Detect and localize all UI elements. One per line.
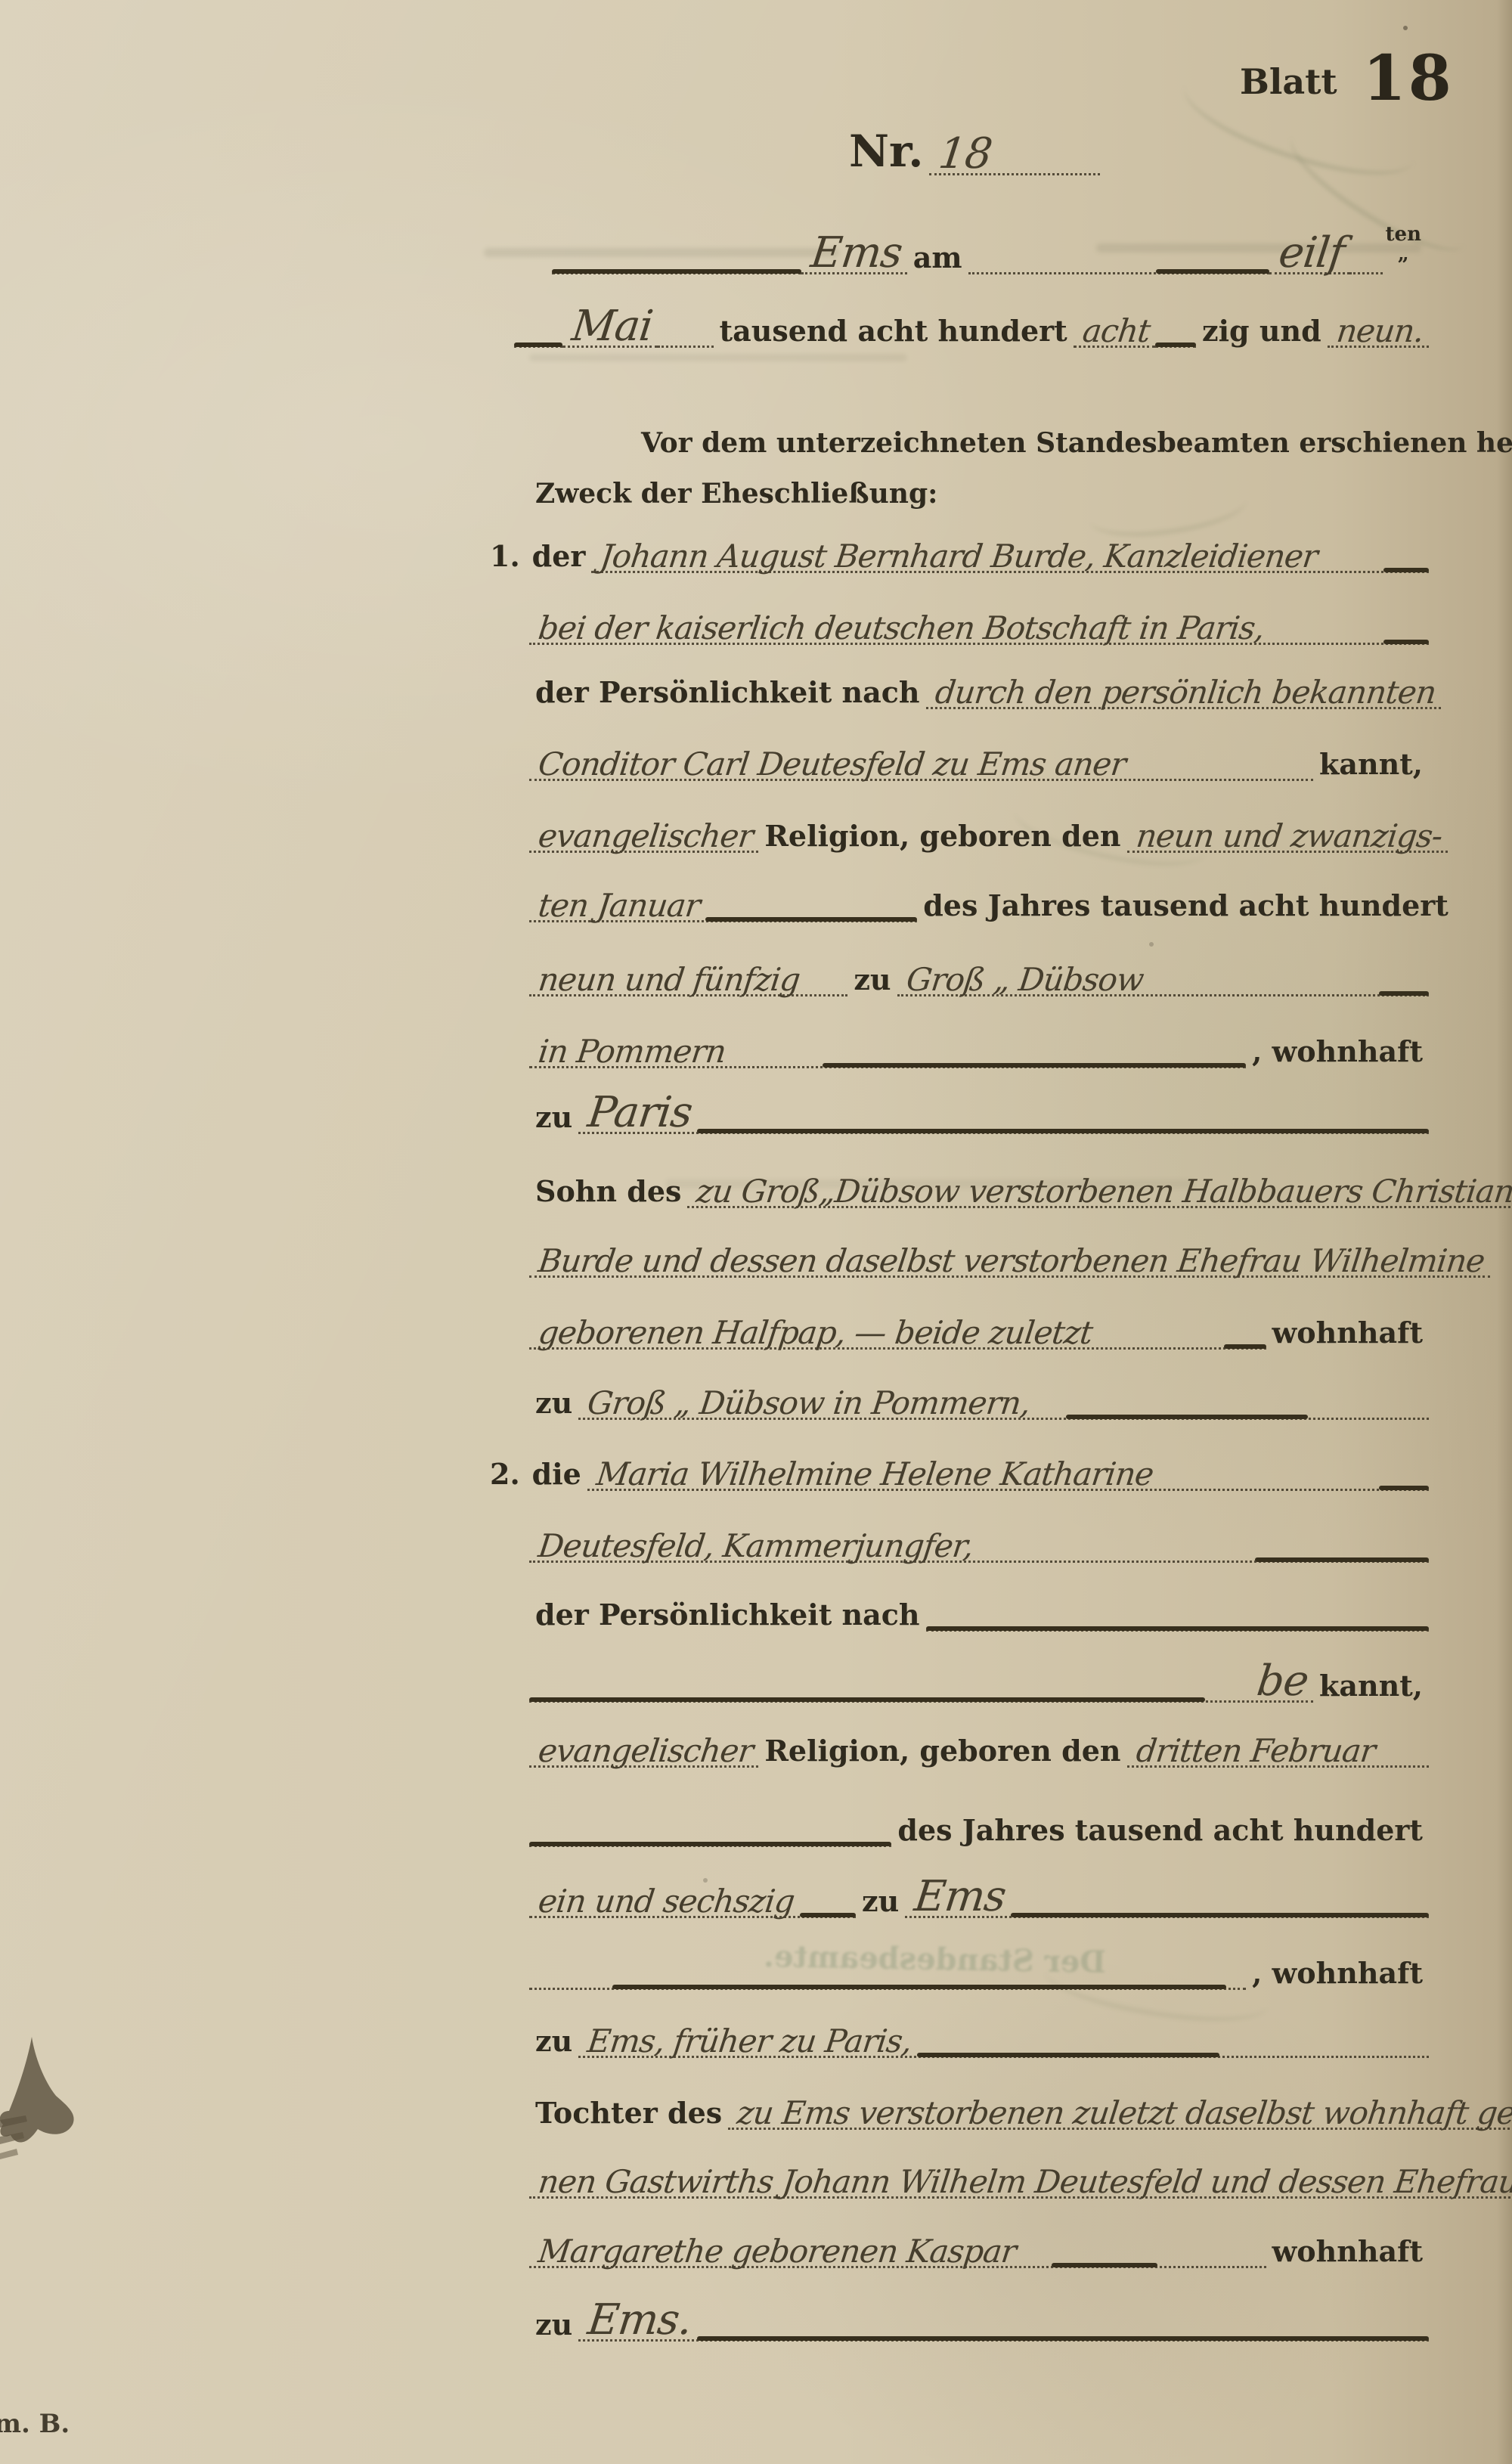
fill-line: Maria Wilhelmine Helene Katharine	[587, 1461, 1429, 1491]
handwritten-birth-place: Groß „ Dübsow	[897, 966, 1152, 994]
rule-line	[805, 993, 847, 994]
ink-stroke	[552, 269, 801, 274]
fill-line: Ems, früher zu Paris,	[578, 2028, 1429, 2058]
ink-stroke	[1011, 1913, 1429, 1917]
rule-line	[997, 172, 1100, 173]
handwritten-groom-name: Johann August Bernhard Burde, Kanzleidie…	[591, 543, 1326, 571]
fill-line	[529, 1842, 891, 1847]
printed-kannt-label: kannt,	[1313, 750, 1429, 781]
printed-zu-label: zu	[856, 1887, 905, 1918]
rule-line	[1036, 1417, 1066, 1418]
sheet-label: Blatt	[1240, 61, 1363, 110]
fill-line: geborenen Halfpap, — beide zuletzt	[529, 1319, 1266, 1350]
handwritten-religion: evangelischer	[529, 823, 762, 851]
fill-line	[529, 1985, 1246, 1990]
handwritten-decade: acht	[1074, 318, 1159, 346]
fill-line: Ems	[801, 235, 907, 274]
fill-line: evangelischer	[529, 823, 758, 853]
form-line-bride-wohnhaft: , wohnhaft	[529, 1943, 1429, 1990]
rule-line	[529, 1987, 612, 1988]
fill-line: neun und zwanzigs-	[1127, 823, 1448, 853]
bleed-through-mark	[529, 354, 907, 361]
form-line-bride-birth-year: ein und sechszig zu Ems	[529, 1871, 1429, 1918]
fill-line: Deutesfeld, Kammerjungfer,	[529, 1533, 1429, 1563]
margin-note: m. B.	[0, 2409, 70, 2439]
record-number-label: Nr.	[843, 129, 929, 175]
handwritten-record-number: 18	[929, 136, 1001, 173]
fill-line: Conditor Carl Deutesfeld zu Ems aner	[529, 751, 1313, 781]
handwritten-identity-fill: durch den persönlich bekannten	[926, 679, 1445, 707]
printed-zu-label: zu	[529, 2027, 578, 2058]
rule-line	[1205, 1700, 1247, 1700]
printed-article: die	[526, 1460, 587, 1491]
form-line-groom-name: 1. der Johann August Bernhard Burde, Kan…	[484, 526, 1429, 573]
ink-stroke	[705, 917, 917, 922]
ink-stroke	[529, 1697, 1205, 1702]
handwritten-parents-text: Margarethe geborenen Kaspar	[529, 2238, 1025, 2266]
fill-line: neun.	[1328, 318, 1429, 348]
printed-identity-label: der Persönlichkeit nach	[529, 678, 926, 709]
form-line-bride-parents-4: zu Ems.	[529, 2295, 1429, 2342]
form-line-groom-identity-2: Conditor Carl Deutesfeld zu Ems aner kan…	[529, 734, 1429, 781]
printed-article: der	[526, 542, 592, 573]
form-line-groom-parents-4: zu Groß „ Dübsow in Pommern,	[529, 1373, 1429, 1420]
form-line-bride-name: 2. die Maria Wilhelmine Helene Katharine	[484, 1444, 1429, 1491]
printed-wohnhaft-label: wohnhaft	[1266, 1319, 1429, 1350]
rule-line	[1219, 2055, 1429, 2056]
handwritten-parents-residence: Groß „ Dübsow in Pommern,	[578, 1390, 1039, 1418]
ink-stroke	[823, 1063, 1246, 1068]
fill-line: Mai	[562, 308, 658, 348]
rule-line	[1323, 570, 1383, 571]
printed-identity-label: der Persönlichkeit nach	[529, 1601, 926, 1632]
form-line-groom-parents-1: Sohn des zu Groß„Dübsow verstorbenen Hal…	[529, 1161, 1429, 1208]
fill-line: durch den persönlich bekannten	[926, 679, 1442, 709]
paper-speck	[1149, 942, 1154, 947]
handwritten-residence: Ems, früher zu Paris,	[578, 2028, 921, 2056]
printed-year-label: des Jahres tausend acht hundert	[917, 891, 1455, 922]
fill-line: zu Groß„Dübsow verstorbenen Halbbauers C…	[687, 1178, 1512, 1208]
ink-stroke	[1052, 2263, 1157, 2267]
rule-line	[658, 345, 714, 346]
handwritten-identity-fill: be	[1247, 1663, 1318, 1700]
ink-stroke	[697, 2336, 1429, 2341]
ink-stain	[0, 2035, 106, 2164]
record-number-line: Nr. 18	[843, 112, 1100, 175]
ink-stroke	[1155, 342, 1196, 347]
fill-line: in Pommern	[529, 1038, 1246, 1068]
printed-label-am: am	[907, 243, 968, 274]
printed-tochter-des-label: Tochter des	[529, 2099, 728, 2130]
handwritten-identity-fill: Conditor Carl Deutesfeld zu Ems aner	[529, 751, 1135, 779]
ink-stroke	[697, 1129, 1429, 1133]
ink-stroke	[1383, 640, 1429, 644]
handwritten-year-unit: neun.	[1328, 318, 1433, 346]
fill-line: acht	[1074, 318, 1156, 348]
handwritten-birth-day: dritten Februar	[1127, 1737, 1384, 1765]
form-line-groom-birth-region: in Pommern , wohnhaft	[529, 1021, 1429, 1068]
ink-stroke	[800, 1913, 856, 1917]
form-line-bride-identity: der Persönlichkeit nach	[529, 1585, 1429, 1632]
ink-stroke	[926, 1626, 1430, 1631]
form-line-dateline-1: Ems am eilf ten „	[552, 228, 1421, 274]
fill-line: Paris	[578, 1095, 1429, 1134]
fill-line: evangelischer	[529, 1737, 758, 1768]
handwritten-groom-occupation: bei der kaiserlich deutschen Botschaft i…	[529, 615, 1273, 643]
handwritten-birth-day: neun und zwanzigs-	[1127, 823, 1452, 851]
form-line-bride-birth-year-label: des Jahres tausend acht hundert	[529, 1800, 1429, 1847]
rule-line	[1159, 1488, 1379, 1489]
form-line-groom-religion: evangelischer Religion, geboren den neun…	[529, 806, 1429, 853]
handwritten-birth-year: ein und sechszig	[529, 1888, 804, 1916]
ink-stroke	[1224, 1344, 1266, 1349]
rule-line	[1380, 1765, 1429, 1765]
form-line-groom-parents-3: geborenen Halfpap, — beide zuletzt wohnh…	[529, 1303, 1429, 1350]
fill-line: Johann August Bernhard Burde, Kanzleidie…	[591, 543, 1429, 573]
fill-line: neun und fünfzig	[529, 966, 847, 996]
printed-zu-label: zu	[529, 2311, 578, 2342]
intro-line-2: Zweck der Eheschließung:	[529, 463, 1210, 510]
fill-line	[658, 345, 714, 348]
rule-line	[1098, 1347, 1223, 1347]
printed-kannt-label: kannt,	[1313, 1672, 1429, 1703]
ink-stroke	[1255, 1557, 1429, 1562]
fill-line: bei der kaiserlich deutschen Botschaft i…	[529, 615, 1429, 645]
fill-line: eilf	[1269, 235, 1349, 274]
form-line-dateline-2: Mai tausend acht hundert acht zig und ne…	[514, 301, 1429, 348]
handwritten-month: Mai	[562, 308, 662, 346]
sheet-number: 18	[1363, 48, 1454, 110]
printed-zu-label: zu	[529, 1103, 578, 1134]
handwritten-parents-text: zu Ems verstorbenen zuletzt daselbst woh…	[728, 2100, 1512, 2128]
rule-line	[968, 271, 1156, 272]
handwritten-birth-region: in Pommern	[529, 1038, 735, 1066]
fill-line: dritten Februar	[1127, 1737, 1429, 1768]
handwritten-parents-text: geborenen Halfpap, — beide zuletzt	[529, 1319, 1101, 1347]
item-number: 2.	[484, 1460, 526, 1491]
fill-line: Ems.	[578, 2302, 1429, 2342]
form-line-groom-identity: der Persönlichkeit nach durch den persön…	[529, 662, 1429, 709]
handwritten-parents-residence: Ems.	[578, 2302, 701, 2339]
fill-line: ein und sechszig	[529, 1888, 856, 1918]
printed-wohnhaft-label: , wohnhaft	[1246, 1037, 1429, 1068]
form-line-bride-parents-3: Margarethe geborenen Kaspar wohnhaft	[529, 2221, 1429, 2268]
form-line-bride-parents-2: nen Gastwirths Johann Wilhelm Deutesfeld…	[529, 2152, 1429, 2199]
fill-line	[968, 269, 1269, 274]
fill-line	[552, 269, 801, 274]
fill-line: ten Januar	[529, 892, 917, 922]
ink-stroke	[1066, 1415, 1308, 1419]
printed-religion-label: Religion, geboren den	[758, 1737, 1126, 1768]
handwritten-day: eilf	[1269, 235, 1354, 272]
fill-line: Burde und dessen daselbst verstorbenen E…	[529, 1247, 1490, 1278]
form-line-groom-birth-year: neun und fünfzig zu Groß „ Dübsow	[529, 950, 1429, 996]
handwritten-parents-text: zu Groß„Dübsow verstorbenen Halbbauers C…	[687, 1178, 1512, 1206]
handwritten-parents-text: nen Gastwirths Johann Wilhelm Deutesfeld…	[529, 2168, 1512, 2196]
form-line-groom-residence: zu Paris	[529, 1087, 1429, 1134]
printed-label-ten: ten	[1386, 225, 1421, 244]
ink-stroke	[514, 342, 562, 347]
document-page: Der Standesbeamte. Blatt 18 Nr. 18 Ems a…	[0, 0, 1512, 2464]
ink-stroke	[1379, 991, 1429, 996]
ink-stroke	[1383, 568, 1429, 572]
fill-line: 18	[929, 136, 1100, 175]
ink-stroke	[917, 2053, 1219, 2057]
fill-line: Margarethe geborenen Kaspar	[529, 2238, 1266, 2268]
printed-label-century: tausend acht hundert	[714, 317, 1074, 348]
ink-stroke	[529, 1842, 891, 1846]
ink-stroke	[1379, 1486, 1429, 1490]
printed-wohnhaft-label: wohnhaft	[1266, 2237, 1429, 2268]
sheet-header: Blatt 18	[1240, 42, 1454, 110]
fill-line	[1155, 342, 1196, 348]
fill-line: nen Gastwirths Johann Wilhelm Deutesfeld…	[529, 2168, 1512, 2199]
printed-ordinal-suffix: ten „	[1386, 225, 1421, 264]
item-number: 1.	[484, 542, 526, 573]
handwritten-place: Ems	[801, 235, 912, 272]
printed-zu-label: zu	[847, 965, 897, 996]
printed-intro-text: Zweck der Eheschließung:	[529, 480, 943, 510]
form-line-groom-birth-month: ten Januar des Jahres tausend acht hunde…	[529, 876, 1429, 922]
fill-line: Groß „ Dübsow in Pommern,	[578, 1390, 1429, 1420]
fill-line: Ems	[905, 1879, 1429, 1918]
rule-line	[1308, 1417, 1429, 1418]
ink-stroke	[612, 1985, 1226, 1989]
fill-line: zu Ems verstorbenen zuletzt daselbst woh…	[728, 2100, 1512, 2130]
intro-line-1: Vor dem unterzeichneten Standesbeamten e…	[635, 412, 1467, 459]
form-line-bride-identity-2: be kannt,	[529, 1656, 1429, 1703]
rule-line	[979, 1560, 1255, 1561]
paper-speck	[1403, 26, 1408, 30]
printed-zu-label: zu	[529, 1389, 578, 1420]
ink-stroke	[1156, 269, 1269, 274]
fill-line	[514, 342, 562, 348]
handwritten-birth-place: Ems	[905, 1879, 1015, 1916]
rule-line	[731, 1065, 823, 1066]
quote-mark: „	[1398, 244, 1409, 264]
printed-wohnhaft-label: , wohnhaft	[1246, 1959, 1429, 1990]
handwritten-birth-month: ten Januar	[529, 892, 709, 920]
fill-line	[926, 1626, 1430, 1632]
form-line-bride-residence: zu Ems, früher zu Paris,	[529, 2011, 1429, 2058]
printed-year-label: des Jahres tausend acht hundert	[891, 1816, 1429, 1847]
fill-line: be	[529, 1663, 1313, 1703]
handwritten-residence: Paris	[578, 1095, 702, 1132]
form-line-groom-occupation: bei der kaiserlich deutschen Botschaft i…	[529, 598, 1429, 645]
printed-religion-label: Religion, geboren den	[758, 822, 1126, 853]
printed-sohn-des-label: Sohn des	[529, 1177, 687, 1208]
form-line-bride-name-2: Deutesfeld, Kammerjungfer,	[529, 1516, 1429, 1563]
handwritten-parents-text: Burde und dessen daselbst verstorbenen E…	[529, 1247, 1493, 1275]
form-line-groom-parents-2: Burde und dessen daselbst verstorbenen E…	[529, 1231, 1429, 1278]
fill-line: Groß „ Dübsow	[897, 966, 1429, 996]
form-line-bride-parents-1: Tochter des zu Ems verstorbenen zuletzt …	[529, 2083, 1429, 2130]
handwritten-religion: evangelischer	[529, 1737, 762, 1765]
printed-intro-text: Vor dem unterzeichneten Standesbeamten e…	[635, 429, 1512, 459]
rule-line	[1021, 2265, 1052, 2266]
printed-label-zig-und: zig und	[1196, 317, 1328, 348]
rule-line	[1131, 778, 1313, 779]
rule-line	[1349, 271, 1383, 272]
handwritten-bride-name: Maria Wilhelmine Helene Katharine	[587, 1461, 1162, 1489]
handwritten-birth-year: neun und fünfzig	[529, 966, 809, 994]
handwritten-bride-name: Deutesfeld, Kammerjungfer,	[529, 1533, 982, 1561]
fill-line	[1349, 271, 1383, 274]
rule-line	[1226, 1987, 1246, 1988]
rule-line	[1148, 993, 1379, 994]
form-line-bride-religion: evangelischer Religion, geboren den drit…	[529, 1721, 1429, 1768]
rule-line	[1270, 642, 1383, 643]
